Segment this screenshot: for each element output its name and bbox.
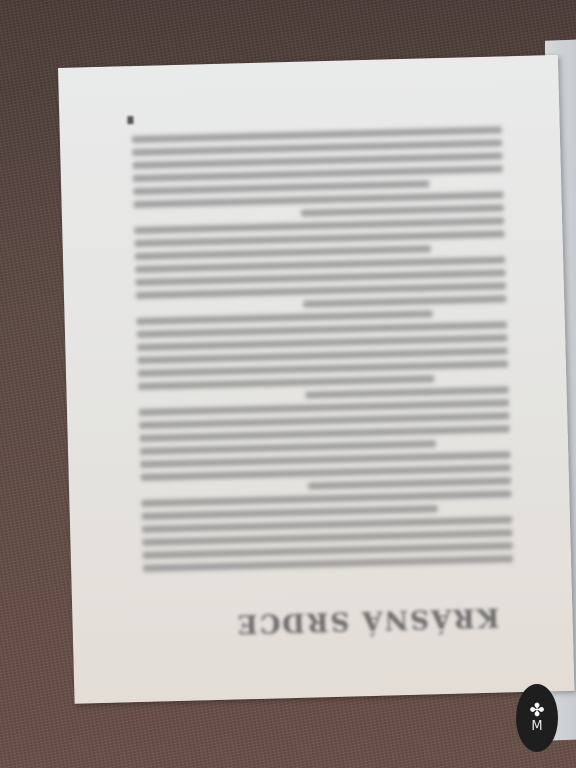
blurred-text-line <box>137 310 433 325</box>
watermark-letter: M <box>531 720 542 734</box>
blurred-text-line <box>133 180 429 195</box>
blurred-body-text <box>132 126 513 556</box>
blurred-text-line <box>140 440 436 455</box>
blurred-text-line <box>138 375 434 390</box>
blurred-text-line <box>138 360 508 377</box>
blurred-text-line <box>135 230 505 247</box>
blurred-text-line <box>305 386 509 398</box>
blurred-text-line <box>307 477 511 489</box>
flower-diamond-logo-icon: ✤ <box>529 702 544 720</box>
blurred-text-line <box>135 245 431 260</box>
blurred-text-line <box>300 204 504 216</box>
blurred-text-line <box>133 165 503 182</box>
blurred-text-line <box>141 490 511 507</box>
blurred-text-line <box>140 425 510 442</box>
watermark-badge: ✤ M <box>516 684 558 752</box>
blurred-text-line <box>303 295 507 307</box>
blurred-text-line <box>143 555 513 572</box>
book-page: KRÁSNÁ SRDCE <box>58 55 574 704</box>
page-title-upside-down: KRÁSNÁ SRDCE <box>232 602 503 639</box>
blurred-text-line <box>142 505 438 520</box>
page-number-mark <box>127 116 133 124</box>
